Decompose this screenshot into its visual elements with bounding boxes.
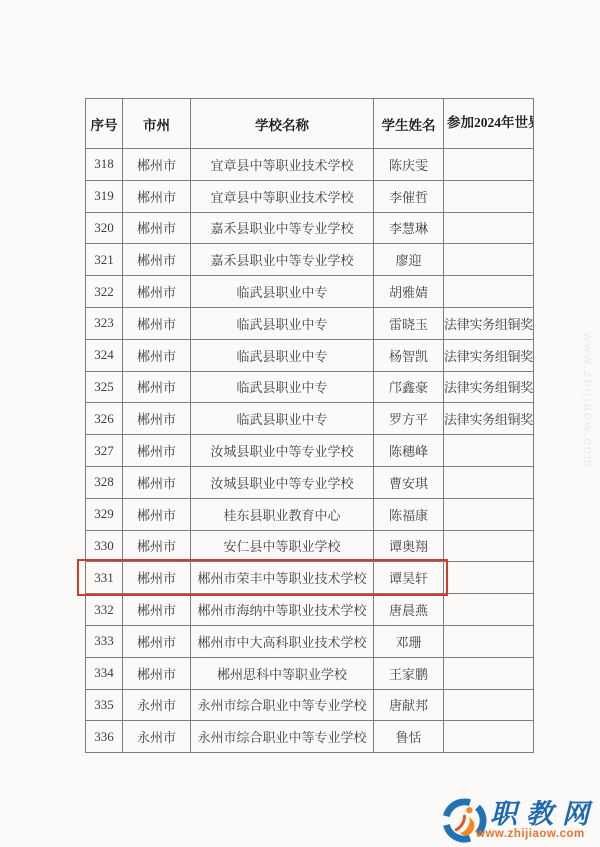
scanned-document-page: 序号 市州 学校名称 学生姓名 参加2024年世界职业院校技能大赛获奖情况 31… (0, 0, 600, 847)
cell-city: 郴州市 (123, 307, 191, 339)
cell-student: 唐献邦 (374, 689, 444, 721)
table-row: 336永州市永州市综合职业中等专业学校鲁恬 (86, 721, 534, 753)
table-row: 320郴州市嘉禾县职业中等专业学校李慧琳 (86, 212, 534, 244)
cell-no: 320 (86, 212, 123, 244)
cell-school: 临武县职业中专 (191, 403, 374, 435)
cell-award (444, 466, 534, 498)
cell-student: 胡雅婧 (374, 276, 444, 308)
cell-award: 法律实务组铜奖 (444, 307, 534, 339)
cell-student: 曹安琪 (374, 466, 444, 498)
cell-school: 郴州市荣丰中等职业技术学校 (191, 562, 374, 594)
cell-no: 335 (86, 689, 123, 721)
cell-school: 汝城县职业中等专业学校 (191, 466, 374, 498)
cell-award (444, 562, 534, 594)
cell-school: 桂东县职业教育中心 (191, 498, 374, 530)
cell-school: 永州市综合职业中等专业学校 (191, 689, 374, 721)
cell-student: 陈庆雯 (374, 149, 444, 181)
cell-no: 332 (86, 594, 123, 626)
cell-city: 郴州市 (123, 212, 191, 244)
table-header-row: 序号 市州 学校名称 学生姓名 参加2024年世界职业院校技能大赛获奖情况 (86, 99, 534, 149)
cell-school: 安仁县中等职业学校 (191, 530, 374, 562)
cell-student: 李慧琳 (374, 212, 444, 244)
cell-award: 法律实务组铜奖 (444, 403, 534, 435)
cell-student: 陈穗峰 (374, 435, 444, 467)
cell-city: 郴州市 (123, 371, 191, 403)
table-row: 327郴州市汝城县职业中等专业学校陈穗峰 (86, 435, 534, 467)
cell-award (444, 594, 534, 626)
table-row: 323郴州市临武县职业中专雷晓玉法律实务组铜奖 (86, 307, 534, 339)
cell-no: 324 (86, 339, 123, 371)
cell-no: 321 (86, 244, 123, 276)
cell-no: 331 (86, 562, 123, 594)
logo-site-name: 职教网 (490, 800, 598, 828)
table-row: 329郴州市桂东县职业教育中心陈福康 (86, 498, 534, 530)
table-body: 318郴州市宜章县中等职业技术学校陈庆雯319郴州市宜章县中等职业技术学校李催哲… (86, 149, 534, 753)
cell-no: 330 (86, 530, 123, 562)
cell-no: 327 (86, 435, 123, 467)
cell-no: 322 (86, 276, 123, 308)
table-row: 328郴州市汝城县职业中等专业学校曹安琪 (86, 466, 534, 498)
cell-student: 邓珊 (374, 625, 444, 657)
cell-award (444, 212, 534, 244)
cell-school: 汝城县职业中等专业学校 (191, 435, 374, 467)
cell-city: 郴州市 (123, 466, 191, 498)
cell-award (444, 276, 534, 308)
cell-award (444, 625, 534, 657)
cell-no: 329 (86, 498, 123, 530)
cell-city: 永州市 (123, 721, 191, 753)
cell-no: 333 (86, 625, 123, 657)
cell-city: 郴州市 (123, 180, 191, 212)
table-row: 335永州市永州市综合职业中等专业学校唐献邦 (86, 689, 534, 721)
cell-award: 法律实务组铜奖 (444, 371, 534, 403)
cell-school: 临武县职业中专 (191, 307, 374, 339)
cell-student: 王家鹏 (374, 657, 444, 689)
cell-city: 郴州市 (123, 657, 191, 689)
cell-city: 郴州市 (123, 435, 191, 467)
cell-student: 鲁恬 (374, 721, 444, 753)
table-row: 318郴州市宜章县中等职业技术学校陈庆雯 (86, 149, 534, 181)
cell-city: 郴州市 (123, 149, 191, 181)
table-row: 321郴州市嘉禾县职业中等专业学校廖迎 (86, 244, 534, 276)
cell-student: 李催哲 (374, 180, 444, 212)
cell-no: 328 (86, 466, 123, 498)
cell-city: 永州市 (123, 689, 191, 721)
cell-no: 326 (86, 403, 123, 435)
cell-no: 336 (86, 721, 123, 753)
table-row: 319郴州市宜章县中等职业技术学校李催哲 (86, 180, 534, 212)
cell-student: 唐晨燕 (374, 594, 444, 626)
cell-no: 319 (86, 180, 123, 212)
cell-student: 陈福康 (374, 498, 444, 530)
table-row: 324郴州市临武县职业中专杨智凯法律实务组铜奖 (86, 339, 534, 371)
cell-city: 郴州市 (123, 530, 191, 562)
cell-student: 谭昊轩 (374, 562, 444, 594)
cell-student: 谭奥翔 (374, 530, 444, 562)
cell-student: 杨智凯 (374, 339, 444, 371)
table-row: 326郴州市临武县职业中专罗方平法律实务组铜奖 (86, 403, 534, 435)
cell-city: 郴州市 (123, 403, 191, 435)
cell-award: 法律实务组铜奖 (444, 339, 534, 371)
logo-url: www.zhijiaow.com (476, 828, 598, 841)
cell-school: 嘉禾县职业中等专业学校 (191, 244, 374, 276)
header-no: 序号 (86, 99, 123, 149)
cell-no: 334 (86, 657, 123, 689)
table-row: 334郴州市郴州思科中等职业学校王家鹏 (86, 657, 534, 689)
cell-school: 宜章县中等职业技术学校 (191, 180, 374, 212)
cell-school: 郴州思科中等职业学校 (191, 657, 374, 689)
header-city: 市州 (123, 99, 191, 149)
cell-school: 临武县职业中专 (191, 276, 374, 308)
cell-award (444, 180, 534, 212)
table-row: 322郴州市临武县职业中专胡雅婧 (86, 276, 534, 308)
cell-city: 郴州市 (123, 498, 191, 530)
cell-city: 郴州市 (123, 594, 191, 626)
cell-award (444, 149, 534, 181)
cell-school: 宜章县中等职业技术学校 (191, 149, 374, 181)
cell-school: 临武县职业中专 (191, 371, 374, 403)
cell-no: 318 (86, 149, 123, 181)
award-table: 序号 市州 学校名称 学生姓名 参加2024年世界职业院校技能大赛获奖情况 31… (85, 98, 534, 753)
cell-city: 郴州市 (123, 339, 191, 371)
cell-school: 嘉禾县职业中等专业学校 (191, 212, 374, 244)
table-row: 330郴州市安仁县中等职业学校谭奥翔 (86, 530, 534, 562)
cell-school: 永州市综合职业中等专业学校 (191, 721, 374, 753)
cell-award (444, 244, 534, 276)
zhijiaow-logo: 职教网 www.zhijiaow.com (441, 797, 598, 844)
side-watermark: www.zhijiaow.com (581, 332, 596, 469)
header-school: 学校名称 (191, 99, 374, 149)
logo-text: 职教网 www.zhijiaow.com (490, 800, 598, 841)
cell-award (444, 721, 534, 753)
cell-award (444, 689, 534, 721)
cell-award (444, 498, 534, 530)
cell-student: 罗方平 (374, 403, 444, 435)
cell-school: 郴州市中大高科职业技术学校 (191, 625, 374, 657)
cell-no: 323 (86, 307, 123, 339)
cell-no: 325 (86, 371, 123, 403)
table-row: 331郴州市郴州市荣丰中等职业技术学校谭昊轩 (86, 562, 534, 594)
cell-student: 廖迎 (374, 244, 444, 276)
cell-city: 郴州市 (123, 562, 191, 594)
header-student: 学生姓名 (374, 99, 444, 149)
cell-award (444, 435, 534, 467)
cell-student: 雷晓玉 (374, 307, 444, 339)
cell-award (444, 530, 534, 562)
table-row: 333郴州市郴州市中大高科职业技术学校邓珊 (86, 625, 534, 657)
cell-city: 郴州市 (123, 276, 191, 308)
table-row: 325郴州市临武县职业中专邝鑫豪法律实务组铜奖 (86, 371, 534, 403)
cell-student: 邝鑫豪 (374, 371, 444, 403)
cell-award (444, 657, 534, 689)
cell-city: 郴州市 (123, 244, 191, 276)
header-award: 参加2024年世界职业院校技能大赛获奖情况 (444, 99, 534, 149)
cell-school: 临武县职业中专 (191, 339, 374, 371)
table-row: 332郴州市郴州市海纳中等职业技术学校唐晨燕 (86, 594, 534, 626)
cell-city: 郴州市 (123, 625, 191, 657)
cell-school: 郴州市海纳中等职业技术学校 (191, 594, 374, 626)
